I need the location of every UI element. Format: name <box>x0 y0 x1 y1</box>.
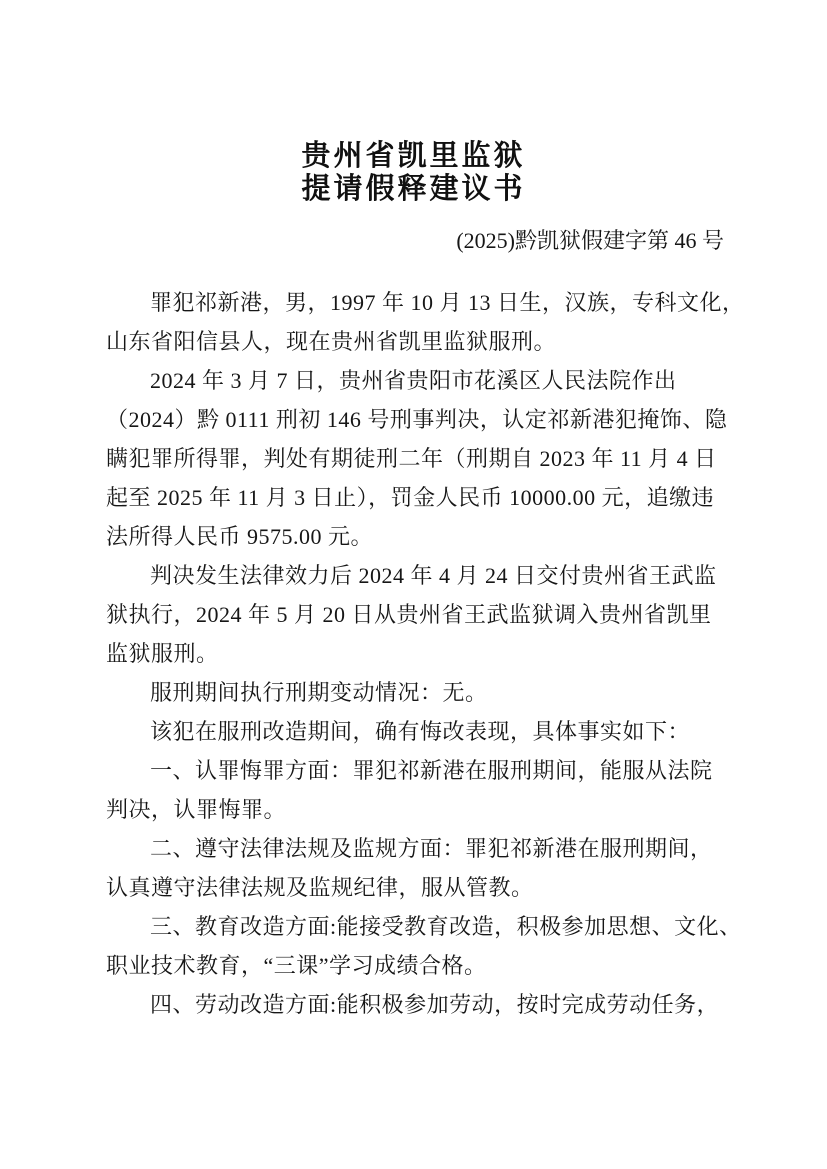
body-line: 监狱服刑。 <box>106 634 786 673</box>
body-line: 狱执行，2024 年 5 月 20 日从贵州省王武监狱调入贵州省凯里 <box>106 595 786 634</box>
document-title-line2: 提请假释建议书 <box>0 173 827 206</box>
document-number: (2025)黔凯狱假建字第 46 号 <box>105 226 738 256</box>
body-line: 山东省阳信县人，现在贵州省凯里监狱服刑。 <box>106 322 786 361</box>
document-body: 罪犯祁新港，男，1997 年 10 月 13 日生，汉族，专科文化，山东省阳信县… <box>106 283 786 1024</box>
body-line: 瞒犯罪所得罪，判处有期徒刑二年（刑期自 2023 年 11 月 4 日 <box>106 439 786 478</box>
body-line: 四、劳动改造方面:能积极参加劳动，按时完成劳动任务， <box>106 985 786 1024</box>
body-line: 三、教育改造方面:能接受教育改造，积极参加思想、文化、 <box>106 907 786 946</box>
body-line: 罪犯祁新港，男，1997 年 10 月 13 日生，汉族，专科文化， <box>106 283 786 322</box>
body-line: （2024）黔 0111 刑初 146 号刑事判决，认定祁新港犯掩饰、隐 <box>106 400 786 439</box>
body-line: 判决，认罪悔罪。 <box>106 790 786 829</box>
document-title-line1: 贵州省凯里监狱 <box>0 140 827 173</box>
body-line: 认真遵守法律法规及监规纪律，服从管教。 <box>106 868 786 907</box>
body-line: 一、认罪悔罪方面：罪犯祁新港在服刑期间，能服从法院 <box>106 751 786 790</box>
body-line: 二、遵守法律法规及监规方面：罪犯祁新港在服刑期间， <box>106 829 786 868</box>
body-line: 服刑期间执行刑期变动情况：无。 <box>106 673 786 712</box>
body-line: 该犯在服刑改造期间，确有悔改表现，具体事实如下： <box>106 712 786 751</box>
document-title: 贵州省凯里监狱 提请假释建议书 <box>0 140 827 206</box>
body-line: 起至 2025 年 11 月 3 日止），罚金人民币 10000.00 元，追缴… <box>106 478 786 517</box>
body-line: 2024 年 3 月 7 日，贵州省贵阳市花溪区人民法院作出 <box>106 361 786 400</box>
body-line: 法所得人民币 9575.00 元。 <box>106 517 786 556</box>
body-line: 职业技术教育，“三课”学习成绩合格。 <box>106 946 786 985</box>
document-page: 贵州省凯里监狱 提请假释建议书 (2025)黔凯狱假建字第 46 号 罪犯祁新港… <box>0 0 827 1169</box>
body-line: 判决发生法律效力后 2024 年 4 月 24 日交付贵州省王武监 <box>106 556 786 595</box>
